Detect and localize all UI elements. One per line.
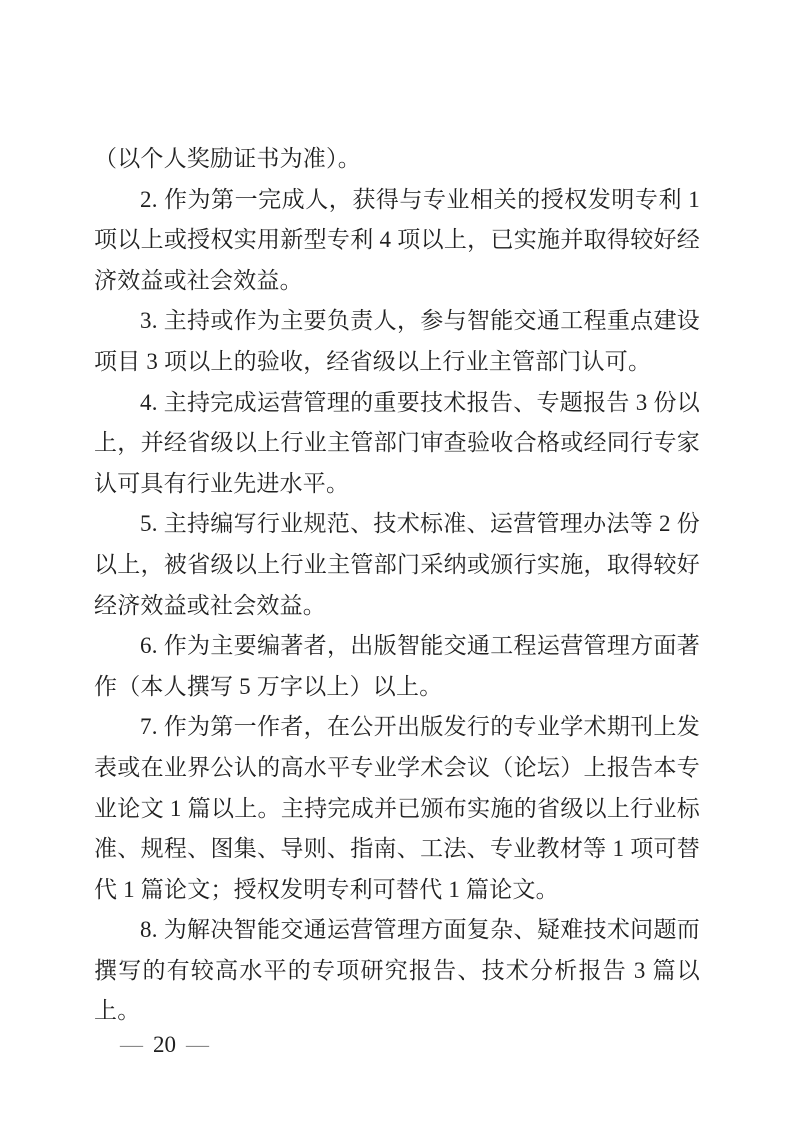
paragraph-item-5: 5. 主持编写行业规范、技术标准、运营管理办法等 2 份以上，被省级以上行业主管…	[94, 504, 700, 626]
paragraph-item-2: 2. 作为第一完成人，获得与专业相关的授权发明专利 1 项以上或授权实用新型专利…	[94, 180, 700, 302]
paragraph-item-4: 4. 主持完成运营管理的重要技术报告、专题报告 3 份以上，并经省级以上行业主管…	[94, 383, 700, 505]
paragraph-item-7: 7. 作为第一作者，在公开出版发行的专业学术期刊上发表或在业界公认的高水平专业学…	[94, 707, 700, 910]
paragraph-item-3: 3. 主持或作为主要负责人，参与智能交通工程重点建设项目 3 项以上的验收，经省…	[94, 301, 700, 382]
page-number-dash-right: —	[186, 1032, 209, 1057]
document-page: （以个人奖励证书为准）。 2. 作为第一完成人，获得与专业相关的授权发明专利 1…	[0, 0, 793, 1122]
page-number-dash-left: —	[120, 1032, 143, 1057]
paragraph-continuation: （以个人奖励证书为准）。	[94, 139, 700, 180]
document-body: （以个人奖励证书为准）。 2. 作为第一完成人，获得与专业相关的授权发明专利 1…	[94, 139, 700, 1032]
paragraph-item-6: 6. 作为主要编著者，出版智能交通工程运营管理方面著作（本人撰写 5 万字以上）…	[94, 626, 700, 707]
page-footer: —20—	[97, 1003, 209, 1087]
page-number: 20	[143, 1032, 186, 1057]
